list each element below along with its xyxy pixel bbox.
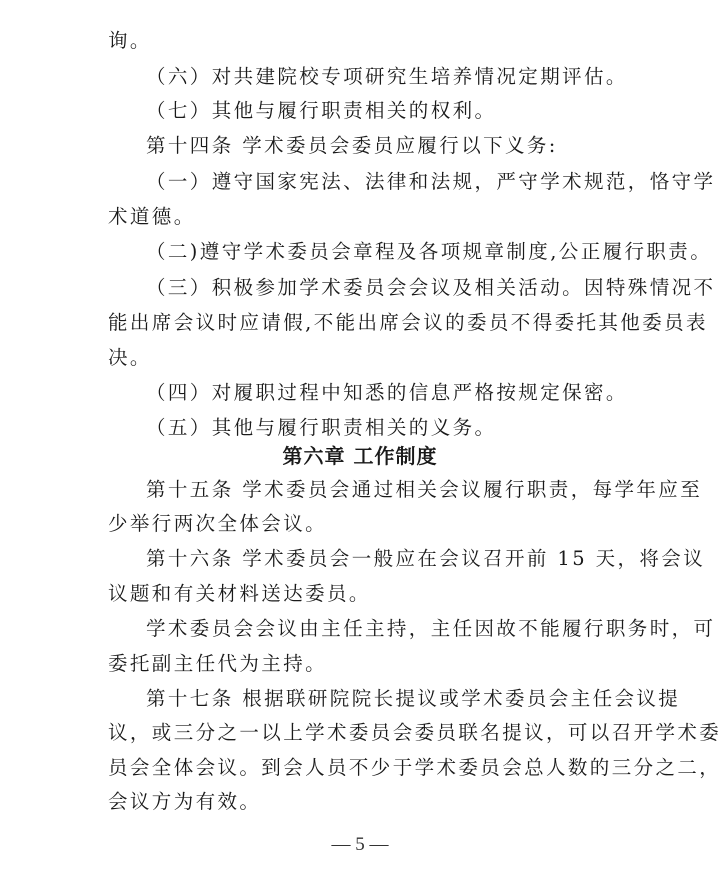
chapter-heading: 第六章 工作制度 — [0, 443, 720, 469]
text-line: 决。 — [108, 345, 620, 371]
text-line: 委托副主任代为主持。 — [108, 651, 620, 677]
text-line: 第十七条 根据联研院院长提议或学术委员会主任会议提 — [146, 686, 620, 712]
text-line: 第十五条 学术委员会通过相关会议履行职责，每学年应至 — [146, 477, 620, 503]
text-line: （二)遵守学术委员会章程及各项规章制度,公正履行职责。 — [146, 239, 620, 265]
text-line: （七）其他与履行职责相关的权利。 — [146, 98, 620, 124]
text-line: 会议方为有效。 — [108, 789, 620, 815]
text-line: 询。 — [108, 28, 620, 54]
text-line: 议，或三分之一以上学术委员会委员联名提议，可以召开学术委 — [108, 720, 620, 746]
text-line: 员会全体会议。到会人员不少于学术委员会总人数的三分之二， — [108, 755, 620, 781]
text-line: （五）其他与履行职责相关的义务。 — [146, 415, 620, 441]
document-page: 询。（六）对共建院校专项研究生培养情况定期评估。（七）其他与履行职责相关的权利。… — [0, 0, 720, 876]
text-line: （六）对共建院校专项研究生培养情况定期评估。 — [146, 64, 620, 90]
page-number: — 5 — — [0, 832, 720, 858]
text-line: （三）积极参加学术委员会会议及相关活动。因特殊情况不 — [146, 275, 620, 301]
text-line: 能出席会议时应请假,不能出席会议的委员不得委托其他委员表 — [108, 310, 620, 336]
text-line: 术道德。 — [108, 204, 620, 230]
text-line: （一）遵守国家宪法、法律和法规，严守学术规范，恪守学 — [146, 169, 620, 195]
text-line: 学术委员会会议由主任主持，主任因故不能履行职务时，可 — [146, 616, 620, 642]
text-line: 少举行两次全体会议。 — [108, 511, 620, 537]
text-line: 第十四条 学术委员会委员应履行以下义务: — [146, 133, 620, 159]
text-line: 议题和有关材料送达委员。 — [108, 581, 620, 607]
text-line: （四）对履职过程中知悉的信息严格按规定保密。 — [146, 380, 620, 406]
text-line: 第十六条 学术委员会一般应在会议召开前 15 天，将会议 — [146, 546, 620, 572]
